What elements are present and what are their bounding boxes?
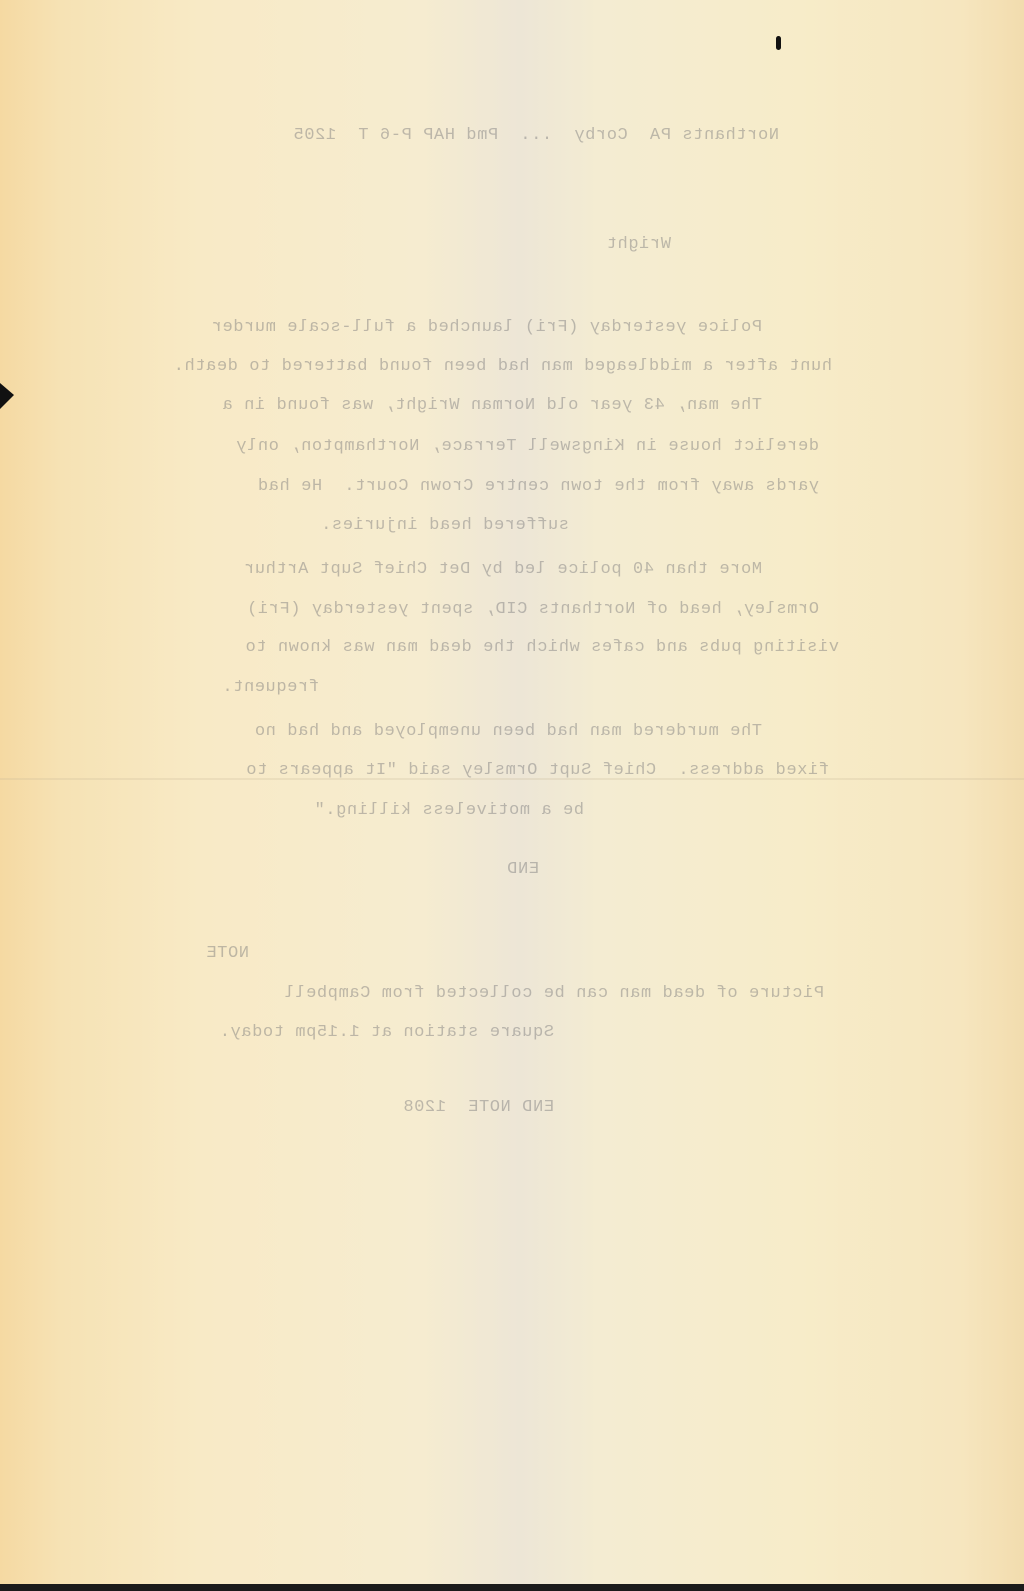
body-line: frequent. <box>222 678 319 697</box>
body-line: suffered head injuries. <box>321 516 569 535</box>
paper-sheet: Northants PA Corby ... Pmd HAP P-6 T 120… <box>0 0 1024 1584</box>
note-label: NOTE <box>206 944 249 963</box>
body-line: visiting pubs and cafes which the dead m… <box>245 638 839 657</box>
body-line: fixed address. Chief Supt Ormsley said "… <box>246 761 829 780</box>
slug-line: Northants PA Corby ... Pmd HAP P-6 T 120… <box>293 126 779 145</box>
headline: Wright <box>606 235 671 254</box>
note-line: Square station at 1.15pm today. <box>219 1023 554 1042</box>
body-line: hunt after a middleaged man had been fou… <box>173 357 832 376</box>
body-line: yards away from the town centre Crown Co… <box>257 477 819 496</box>
mirrored-showthrough-text: Northants PA Corby ... Pmd HAP P-6 T 120… <box>0 0 1024 1584</box>
body-line: be a motiveless killing." <box>314 801 584 820</box>
body-line: Police yesterday (Fri) launched a full-s… <box>211 318 762 337</box>
body-line: derelict house in Kingswell Terrace, Nor… <box>236 437 819 456</box>
body-line: The murdered man had been unemployed and… <box>254 722 762 741</box>
body-line: Ormsley, head of Northants CID, spent ye… <box>247 600 820 619</box>
note-line: Picture of dead man can be collected fro… <box>284 984 824 1003</box>
body-line: More than 40 police led by Det Chief Sup… <box>244 560 762 579</box>
scan-bottom-edge <box>0 1584 1024 1591</box>
end-note: END NOTE 1208 <box>403 1098 554 1117</box>
body-line: The man, 43 year old Norman Wright, was … <box>222 396 762 415</box>
end-mark: END <box>507 860 539 879</box>
